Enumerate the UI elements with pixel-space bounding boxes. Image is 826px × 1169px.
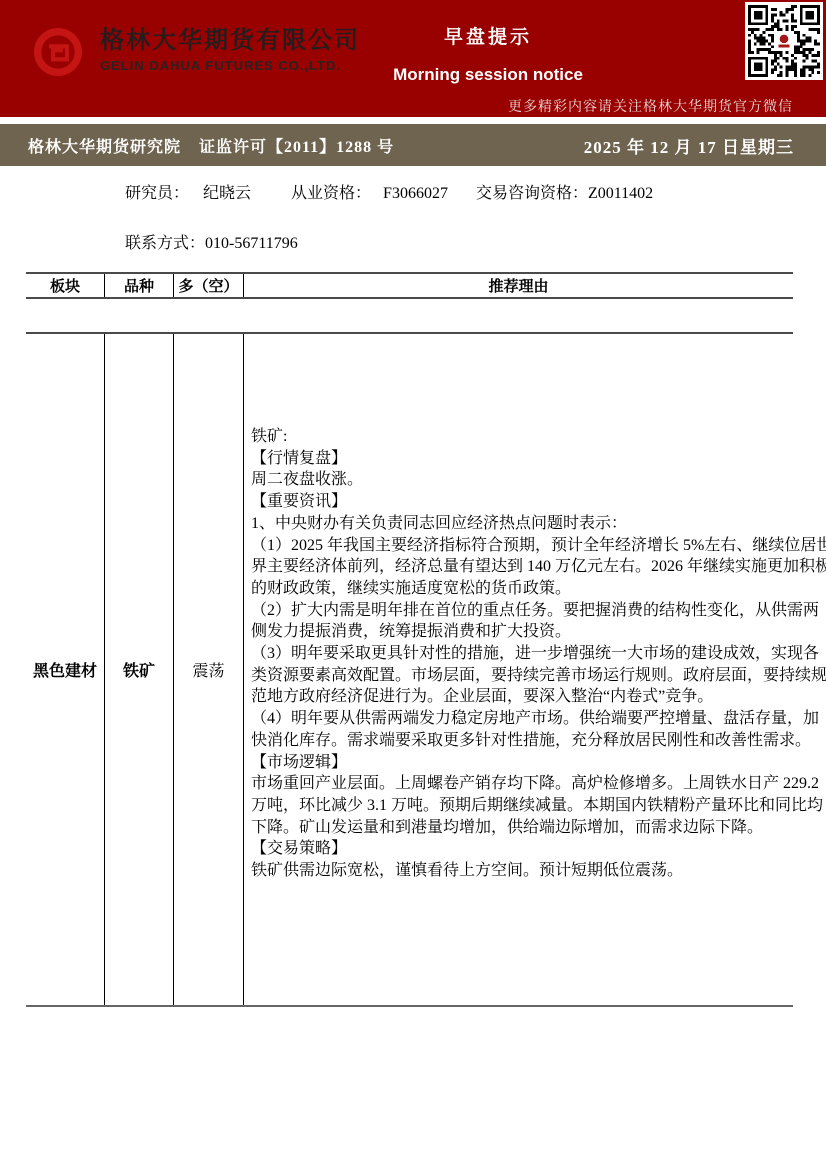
variety-cell: 铁矿 xyxy=(104,334,173,1005)
wechat-qr-code xyxy=(745,2,823,80)
reason-line: 【行情复盘】 xyxy=(251,448,826,470)
qr-center-logo xyxy=(780,35,789,44)
reason-line: 铁矿: xyxy=(251,426,826,448)
company-block: 格林大华期货有限公司 GELIN DAHUA FUTURES CO.,LTD. xyxy=(100,28,360,75)
reason-line: 市场重回产业层面。上周螺卷产销存均下降。高炉检修增多。上周铁水日产 229.2 xyxy=(251,773,826,795)
report-date: 2025 年 12 月 17 日星期三 xyxy=(584,133,794,158)
reason-line: 铁矿供需边际宽松，谨慎看待上方空间。预计短期低位震荡。 xyxy=(251,860,826,882)
qualification-number: F3066027 xyxy=(383,185,448,202)
researcher-name: 纪晓云 xyxy=(203,185,251,202)
reason-line: 的财政政策，继续实施适度宽松的货币政策。 xyxy=(251,578,826,600)
table-header-variety: 品种 xyxy=(104,274,173,297)
advisory-label: 交易咨询资格： xyxy=(476,185,588,202)
sub-banner: 格林大华期货研究院 证监许可【2011】1288 号 2025 年 12 月 1… xyxy=(0,124,826,166)
direction-cell: 震荡 xyxy=(173,334,243,1005)
reason-line: 下降。矿山发运量和到港量均增加，供给端边际增加，而需求边际下降。 xyxy=(251,817,826,839)
table-header-reason: 推荐理由 xyxy=(243,274,793,297)
company-name: 格林大华期货有限公司 xyxy=(100,28,360,54)
table-header-row: 板块 品种 多（空） 推荐理由 xyxy=(26,272,793,299)
reason-line: （1）2025 年我国主要经济指标符合预期，预计全年经济增长 5%左右、继续位居… xyxy=(251,535,826,557)
report-page: 格林大华期货有限公司 GELIN DAHUA FUTURES CO.,LTD. … xyxy=(0,0,826,1169)
reason-line: （4）明年要从供需两端发力稳定房地产市场。供给端要严控增量、盘活存量，加 xyxy=(251,708,826,730)
reason-line: 【交易策略】 xyxy=(251,838,826,860)
table-header-direction: 多（空） xyxy=(173,274,243,297)
researcher-label: 研究员： xyxy=(125,185,189,202)
reason-line: （3）明年要采取更具针对性的措施，进一步增强统一大市场的建设成效，实现各 xyxy=(251,643,826,665)
contact-number: 010-56711796 xyxy=(205,235,298,252)
reason-line: 【市场逻辑】 xyxy=(251,752,826,774)
qualification-label: 从业资格： xyxy=(291,185,371,202)
wechat-notice-text: 更多精彩内容请关注格林大华期货官方微信 xyxy=(508,96,793,116)
license-number: 证监许可【2011】1288 号 xyxy=(199,134,394,157)
notice-subtitle: Morning session notice xyxy=(360,65,616,85)
contact-label: 联系方式： xyxy=(125,235,205,252)
reason-line: 界主要经济体前列，经济总量有望达到 140 万亿元左右。2026 年继续实施更加… xyxy=(251,556,826,578)
reason-text: 铁矿:【行情复盘】周二夜盘收涨。【重要资讯】1、中央财办有关负责同志回应经济热点… xyxy=(251,426,826,882)
notice-title: 早盘提示 xyxy=(360,22,616,49)
reason-line: 快消化库存。需求端要采取更多针对性措施，充分释放居民刚性和改善性需求。 xyxy=(251,730,826,752)
contact-line: 联系方式：010-56711796 xyxy=(125,230,653,253)
table-row: 黑色建材 铁矿 震荡 铁矿:【行情复盘】周二夜盘收涨。【重要资讯】1、中央财办有… xyxy=(26,332,793,1007)
reason-cell: 铁矿:【行情复盘】周二夜盘收涨。【重要资讯】1、中央财办有关负责同志回应经济热点… xyxy=(243,334,826,1005)
advisory-number: Z0011402 xyxy=(588,185,653,202)
researcher-line: 研究员：纪晓云从业资格：F3066027交易咨询资格：Z0011402 xyxy=(125,180,653,203)
notice-title-block: 早盘提示 Morning session notice xyxy=(360,22,616,85)
researcher-info: 研究员：纪晓云从业资格：F3066027交易咨询资格：Z0011402 联系方式… xyxy=(125,180,653,253)
reason-line: 类资源要素高效配置。市场层面，要持续完善市场运行规则。政府层面，要持续规 xyxy=(251,665,826,687)
institute-block: 格林大华期货研究院 证监许可【2011】1288 号 xyxy=(28,134,394,157)
sector-cell: 黑色建材 xyxy=(26,334,104,1005)
reason-line: 1、中央财办有关负责同志回应经济热点问题时表示： xyxy=(251,513,826,535)
institute-name: 格林大华期货研究院 xyxy=(28,134,181,157)
reason-line: 万吨，环比减少 3.1 万吨。预期后期继续减量。本期国内铁精粉产量环比和同比均 xyxy=(251,795,826,817)
company-logo-icon xyxy=(32,26,84,78)
company-name-en: GELIN DAHUA FUTURES CO.,LTD. xyxy=(100,57,360,75)
table-header-sector: 板块 xyxy=(26,274,104,297)
reason-line: （2）扩大内需是明年排在首位的重点任务。要把握消费的结构性变化，从供需两 xyxy=(251,600,826,622)
top-banner: 格林大华期货有限公司 GELIN DAHUA FUTURES CO.,LTD. … xyxy=(0,0,826,117)
reason-line: 周二夜盘收涨。 xyxy=(251,469,826,491)
reason-line: 侧发力提振消费，统筹提振消费和扩大投资。 xyxy=(251,621,826,643)
reason-line: 范地方政府经济促进行为。企业层面，要深入整治“内卷式”竞争。 xyxy=(251,686,826,708)
reason-line: 【重要资讯】 xyxy=(251,491,826,513)
